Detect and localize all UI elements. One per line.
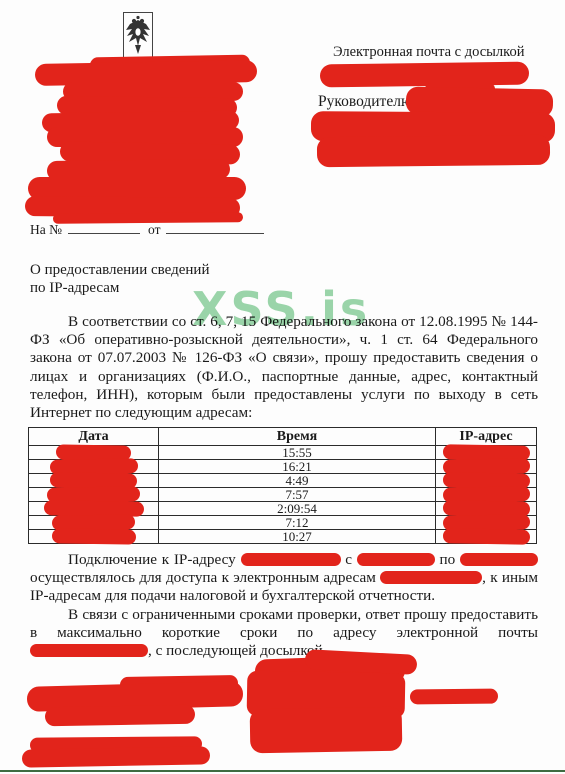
time-cell: 2:09:54 <box>159 502 436 516</box>
redaction-blob <box>241 553 341 566</box>
reference-number-line: На №от <box>30 222 264 238</box>
recipient-label: Руководителю <box>318 93 413 111</box>
redaction-blob <box>30 644 148 657</box>
table-row: 10:27 <box>29 530 537 544</box>
table-header-row: Дата Время IP-адрес <box>29 428 537 446</box>
coat-of-arms-icon <box>123 12 153 59</box>
paragraph-3-text: , с последующей досылкой. <box>148 642 326 659</box>
delivery-note-label: Электронная почта с досылкой <box>333 44 524 61</box>
redaction-blob <box>250 707 403 754</box>
redaction-blob <box>45 705 195 727</box>
reference-number-blank <box>68 222 140 234</box>
table-row: 15:55 <box>29 446 537 460</box>
ip-address-table: Дата Время IP-адрес 15:55 16:21 4:49 <box>28 427 537 544</box>
paragraph-2-text: осуществлялось для доступа к электронным… <box>30 569 376 586</box>
redaction-blob <box>380 571 482 584</box>
reference-date-blank <box>166 222 264 234</box>
table-row: 7:12 <box>29 516 537 530</box>
table-row: 16:21 <box>29 460 537 474</box>
redaction-blob <box>320 62 529 88</box>
column-header-date: Дата <box>29 428 159 446</box>
na-label: На № <box>30 222 62 237</box>
time-cell: 15:55 <box>159 446 436 460</box>
paragraph-2-text: по <box>440 551 456 568</box>
column-header-ip: IP-адрес <box>436 428 537 446</box>
table-row: 2:09:54 <box>29 502 537 516</box>
body-paragraph-block: Подключение к IP-адресу с по осуществлял… <box>30 551 538 660</box>
body-paragraph-2: Подключение к IP-адресу с по осуществлял… <box>30 551 538 606</box>
body-paragraph-3: В связи с ограниченными сроками проверки… <box>30 606 538 661</box>
time-cell: 4:49 <box>159 474 436 488</box>
time-cell: 10:27 <box>159 530 436 544</box>
time-cell: 7:12 <box>159 516 436 530</box>
column-header-time: Время <box>159 428 436 446</box>
bottom-border-line <box>0 770 565 772</box>
time-cell: 16:21 <box>159 460 436 474</box>
document-page: Электронная почта с досылкой Руководител… <box>0 0 565 774</box>
paragraph-1-text: В соответствии со ст. 6, 7, 15 Федеральн… <box>30 313 538 421</box>
paragraph-3-text: В связи с ограниченными сроками проверки… <box>30 606 538 641</box>
redaction-blob <box>442 528 529 544</box>
subject-block: О предоставлении сведений по IP-адресам <box>30 261 209 297</box>
body-paragraph-1: В соответствии со ст. 6, 7, 15 Федеральн… <box>30 313 538 422</box>
paragraph-2-text: Подключение к IP-адресу <box>68 551 236 568</box>
redaction-blob <box>357 553 435 566</box>
table-row: 4:49 <box>29 474 537 488</box>
redaction-blob <box>317 135 550 167</box>
redaction-blob <box>22 746 210 767</box>
subject-line-1: О предоставлении сведений <box>30 261 209 279</box>
redaction-blob <box>460 553 538 566</box>
redaction-blob <box>51 528 135 544</box>
subject-line-2: по IP-адресам <box>30 279 209 297</box>
table-row: 7:57 <box>29 488 537 502</box>
ot-label: от <box>148 222 160 237</box>
paragraph-2-text: с <box>345 551 352 568</box>
time-cell: 7:57 <box>159 488 436 502</box>
redaction-blob <box>410 689 498 705</box>
